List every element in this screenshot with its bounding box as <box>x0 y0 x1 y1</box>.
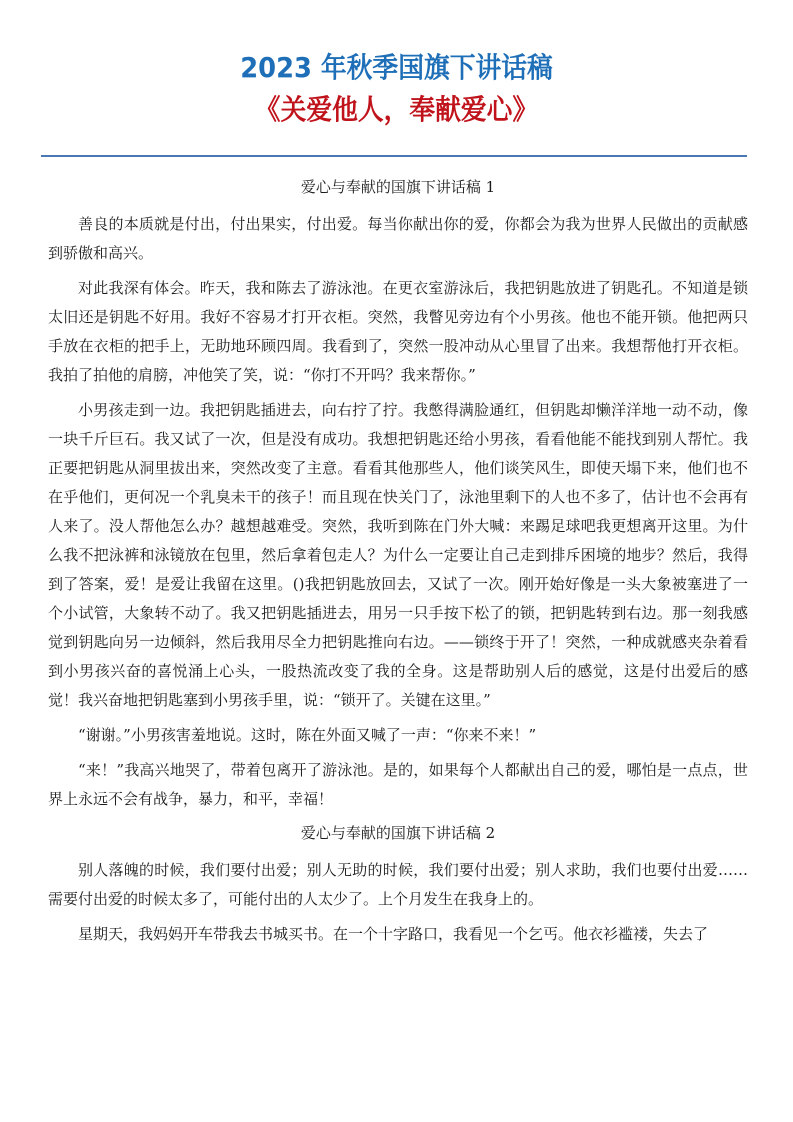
paragraph: 别人落魄的时候，我们要付出爱；别人无助的时候，我们要付出爱；别人求助，我们也要付… <box>48 856 748 914</box>
section-heading: 爱心与奉献的国旗下讲话稿 2 <box>48 822 748 844</box>
title-block: 2023 年秋季国旗下讲话稿 《关爱他人，奉献爱心》 <box>0 50 793 130</box>
title-divider <box>41 155 747 157</box>
document-title: 2023 年秋季国旗下讲话稿 <box>32 50 762 86</box>
paragraph: 小男孩走到一边。我把钥匙插进去，向右拧了拧。我憋得满脸通红，但钥匙却懒洋洋地一动… <box>48 396 748 715</box>
paragraph: 星期天，我妈妈开车带我去书城买书。在一个十字路口，我看见一个乞丐。他衣衫褴褛，失… <box>48 920 748 949</box>
document-page: 2023 年秋季国旗下讲话稿 《关爱他人，奉献爱心》 爱心与奉献的国旗下讲话稿 … <box>0 0 793 1122</box>
section-heading: 爱心与奉献的国旗下讲话稿 1 <box>48 176 748 198</box>
paragraph: “来！”我高兴地哭了，带着包离开了游泳池。是的，如果每个人都献出自己的爱，哪怕是… <box>48 756 748 814</box>
document-subtitle: 《关爱他人，奉献爱心》 <box>32 90 762 130</box>
section-2: 爱心与奉献的国旗下讲话稿 2 别人落魄的时候，我们要付出爱；别人无助的时候，我们… <box>48 822 748 949</box>
paragraph: 对此我深有体会。昨天，我和陈去了游泳池。在更衣室游泳后，我把钥匙放进了钥匙孔。不… <box>48 274 748 390</box>
paragraph: 善良的本质就是付出，付出果实，付出爱。每当你献出你的爱，你都会为我为世界人民做出… <box>48 210 748 268</box>
section-1: 爱心与奉献的国旗下讲话稿 1 善良的本质就是付出，付出果实，付出爱。每当你献出你… <box>48 176 748 814</box>
paragraph: “谢谢。”小男孩害羞地说。这时，陈在外面又喊了一声：“你来不来！” <box>48 721 748 750</box>
document-body: 爱心与奉献的国旗下讲话稿 1 善良的本质就是付出，付出果实，付出爱。每当你献出你… <box>48 176 748 955</box>
